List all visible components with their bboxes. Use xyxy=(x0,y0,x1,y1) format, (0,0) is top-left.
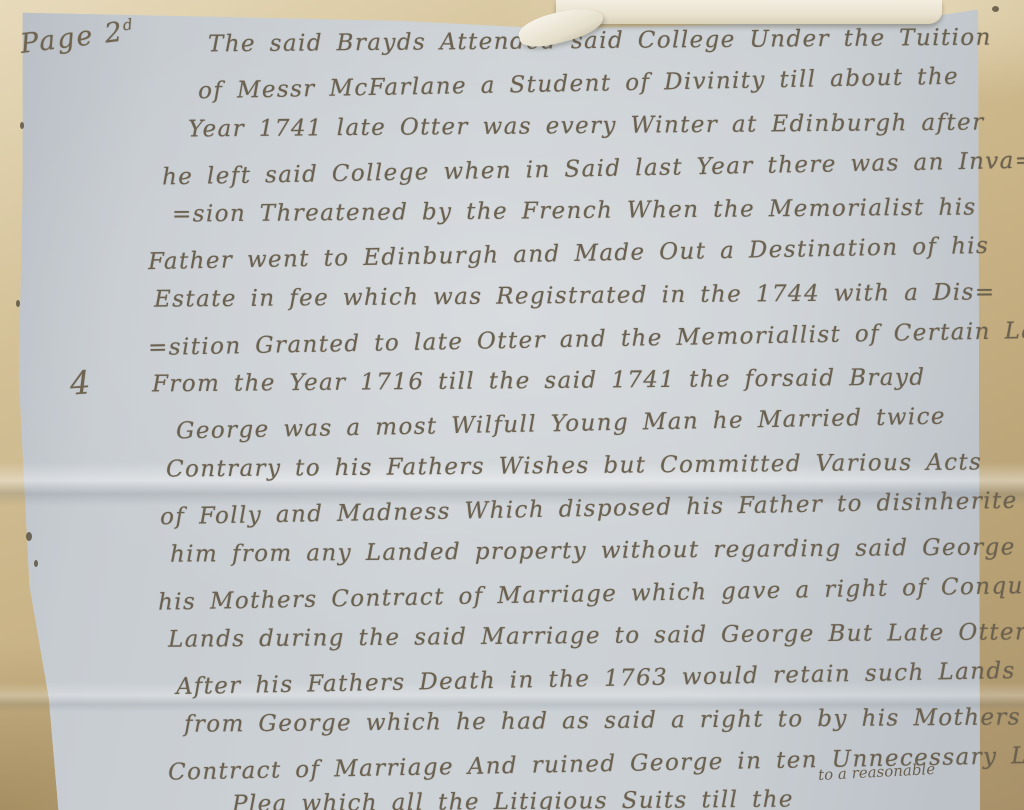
ink-speck xyxy=(16,300,20,307)
manuscript-photo: Page 2d K ‶ 4 The said Brayds Attended s… xyxy=(0,0,1024,810)
page-label-superscript: d xyxy=(122,15,136,34)
ink-speck xyxy=(34,560,38,567)
ink-speck xyxy=(26,532,32,541)
manuscript-line-partial: Plea which all the Litigious Suits till … xyxy=(232,787,794,810)
margin-paragraph-number: 4 xyxy=(69,363,92,402)
torn-scrap xyxy=(556,0,942,24)
ink-speck xyxy=(20,122,24,129)
ink-speck xyxy=(992,6,999,12)
